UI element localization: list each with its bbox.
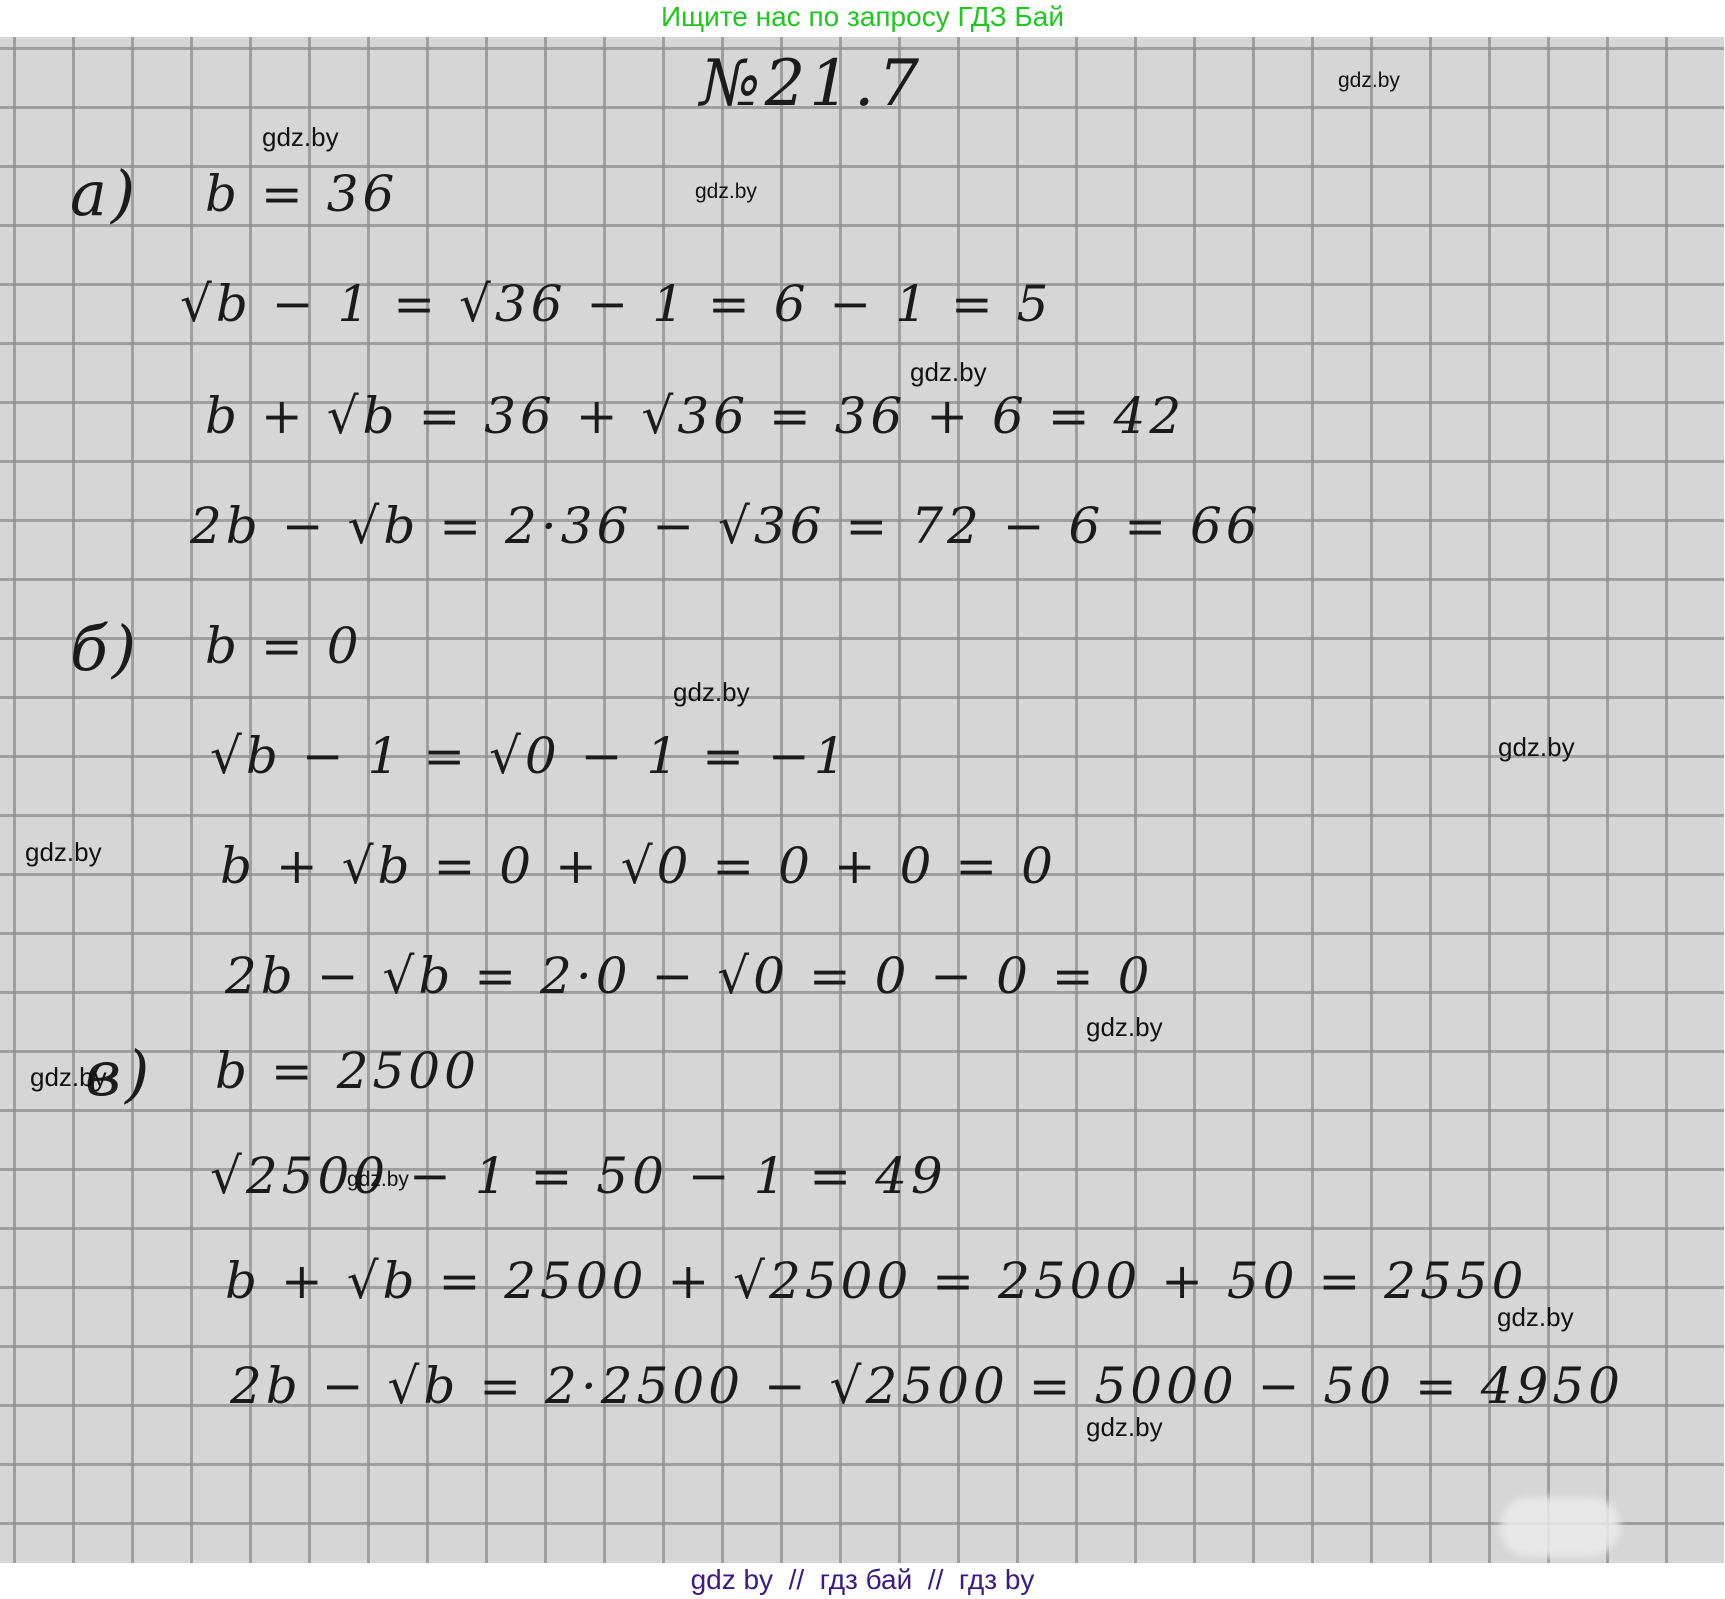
exercise-number: №21.7 bbox=[700, 47, 923, 121]
watermark: gdz.by bbox=[1086, 1412, 1163, 1443]
watermark: gdz.by bbox=[25, 837, 102, 868]
part-b-label: б) bbox=[70, 612, 140, 685]
watermark: gdz.by bbox=[30, 1062, 107, 1093]
part-a-given: b = 36 bbox=[205, 165, 398, 223]
watermark: gdz.by bbox=[347, 1168, 409, 1192]
part-b-line-2: b + √b = 0 + √0 = 0 + 0 = 0 bbox=[220, 837, 1057, 895]
part-a-line-2: b + √b = 36 + √36 = 36 + 6 = 42 bbox=[205, 387, 1185, 445]
graph-paper-sheet: №21.7 а) b = 36 √b − 1 = √36 − 1 = 6 − 1… bbox=[0, 37, 1724, 1563]
watermark: gdz.by bbox=[910, 357, 987, 388]
correction-smudge bbox=[1500, 1497, 1620, 1557]
part-c-line-3: 2b − √b = 2·2500 − √2500 = 5000 − 50 = 4… bbox=[230, 1357, 1624, 1415]
watermark: gdz.by bbox=[1338, 69, 1400, 93]
part-a-line-3: 2b − √b = 2·36 − √36 = 72 − 6 = 66 bbox=[190, 497, 1262, 555]
site-footer-banner: gdz by // гдз бай // гдз by bbox=[0, 1563, 1725, 1599]
watermark: gdz.by bbox=[1497, 1302, 1574, 1333]
watermark: gdz.by bbox=[695, 180, 757, 204]
part-a-label: а) bbox=[70, 157, 139, 230]
part-c-line-1: √2500 − 1 = 50 − 1 = 49 bbox=[210, 1147, 947, 1205]
part-a-line-1: √b − 1 = √36 − 1 = 6 − 1 = 5 bbox=[180, 275, 1053, 333]
part-b-given: b = 0 bbox=[205, 617, 363, 675]
part-c-given: b = 2500 bbox=[215, 1042, 480, 1100]
search-hint-banner: Ищите нас по запросу ГДЗ Бай bbox=[0, 0, 1725, 37]
part-b-line-3: 2b − √b = 2·0 − √0 = 0 − 0 = 0 bbox=[225, 947, 1153, 1005]
watermark: gdz.by bbox=[1086, 1012, 1163, 1043]
watermark: gdz.by bbox=[673, 677, 750, 708]
watermark: gdz.by bbox=[1498, 732, 1575, 763]
part-c-line-2: b + √b = 2500 + √2500 = 2500 + 50 = 2550 bbox=[225, 1252, 1527, 1310]
watermark: gdz.by bbox=[262, 122, 339, 153]
part-b-line-1: √b − 1 = √0 − 1 = −1 bbox=[210, 727, 850, 785]
